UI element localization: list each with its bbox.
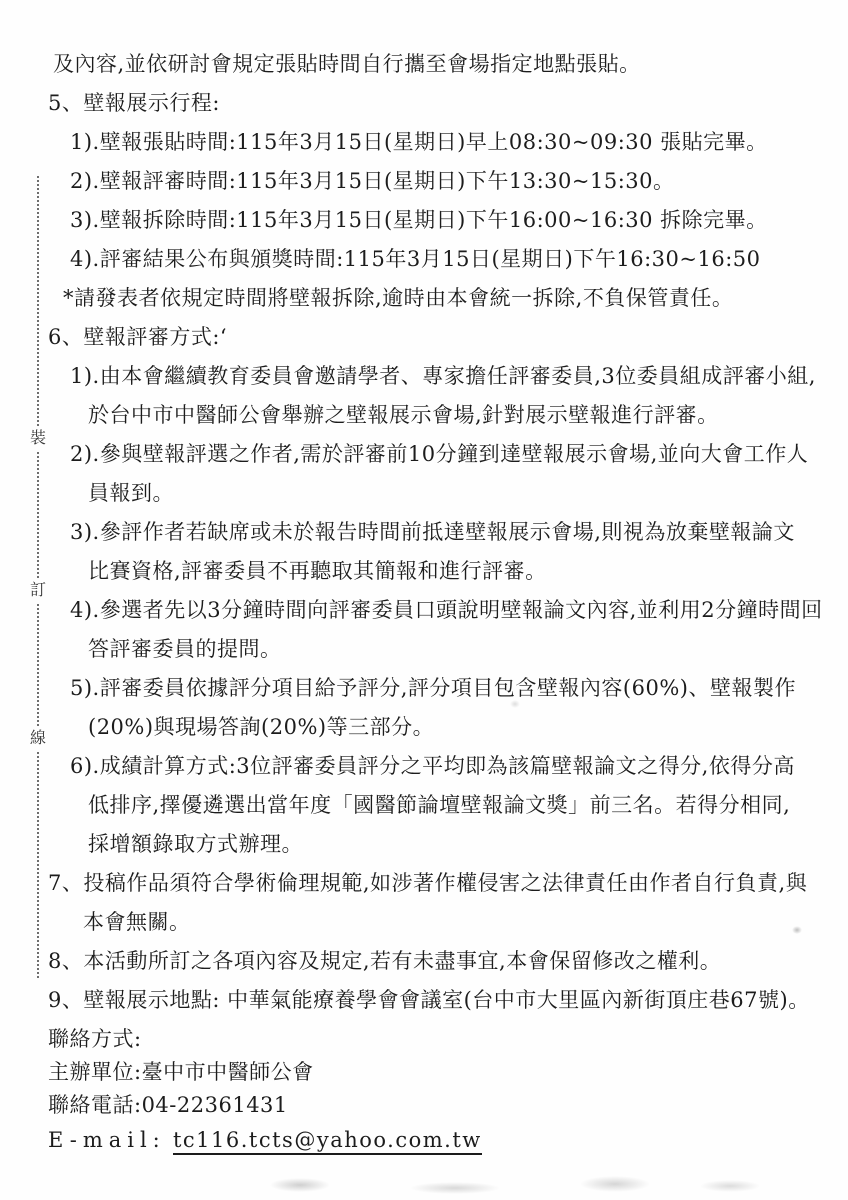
text-line: 答評審委員的提問。 xyxy=(88,639,848,660)
text-line: 8、本活動所訂之各項內容及規定,若有未盡事宜,本會保留修改之權利。 xyxy=(48,951,848,972)
contact-email-row: E-mail: tc116.tcts@yahoo.com.tw xyxy=(48,1130,848,1151)
text-line: 6).成績計算方式:3位評審委員評分之平均即為該篇壁報論文之得分,依得分高 xyxy=(70,756,848,777)
text-line: 低排序,擇優遴選出當年度「國醫節論壇壁報論文獎」前三名。若得分相同, xyxy=(88,795,848,816)
text-line: 員報到。 xyxy=(88,483,848,504)
text-line: 3).參評作者若缺席或未於報告時間前抵達壁報展示會場,則視為放棄壁報論文 xyxy=(70,522,848,543)
text-line: 及內容,並依研討會規定張貼時間自行攜至會場指定地點張貼。 xyxy=(53,54,848,75)
text-line: 1).壁報張貼時間:115年3月15日(星期日)早上08:30~09:30 張貼… xyxy=(70,132,848,153)
text-line: 採增額錄取方式辦理。 xyxy=(88,834,848,855)
scan-artifact xyxy=(792,926,802,934)
text-line: 於台中市中醫師公會舉辦之壁報展示會場,針對展示壁報進行評審。 xyxy=(88,405,848,426)
text-line: 1).由本會繼續教育委員會邀請學者、專家擔任評審委員,3位委員組成評審小組, xyxy=(70,366,848,387)
email-label: E-mail: xyxy=(48,1128,166,1152)
text-line: 4).參選者先以3分鐘時間向評審委員口頭說明壁報論文內容,並利用2分鐘時間回 xyxy=(70,600,848,621)
text-line: *請發表者依規定時間將壁報拆除,逾時由本會統一拆除,不負保管責任。 xyxy=(63,288,848,309)
text-line: 2).參與壁報評選之作者,需於評審前10分鐘到達壁報展示會場,並向大會工作人 xyxy=(70,444,848,465)
document-body: 及內容,並依研討會規定張貼時間自行攜至會場指定地點張貼。5、壁報展示行程:1).… xyxy=(0,54,848,1163)
email-address: tc116.tcts@yahoo.com.tw xyxy=(173,1128,482,1155)
contact-organizer: 主辦單位:臺中市中醫師公會 xyxy=(48,1062,848,1083)
text-line: 4).評審結果公布與頒獎時間:115年3月15日(星期日)下午16:30~16:… xyxy=(70,249,848,270)
text-line: 6、壁報評審方式:‘ xyxy=(48,327,848,348)
text-line: 7、投稿作品須符合學術倫理規範,如涉著作權侵害之法律責任由作者自行負責,與 xyxy=(48,873,848,894)
contact-phone: 聯絡電話:04-22361431 xyxy=(48,1095,848,1116)
text-line: 本會無關。 xyxy=(83,912,848,933)
text-line: 3).壁報拆除時間:115年3月15日(星期日)下午16:00~16:30 拆除… xyxy=(70,210,848,231)
text-line: 5、壁報展示行程: xyxy=(48,93,848,114)
text-line: 比賽資格,評審委員不再聽取其簡報和進行評審。 xyxy=(88,561,848,582)
text-line: (20%)與現場答詢(20%)等三部分。 xyxy=(88,717,848,738)
scan-artifact xyxy=(510,700,520,708)
text-line: 2).壁報評審時間:115年3月15日(星期日)下午13:30~15:30。 xyxy=(70,171,848,192)
text-line: 5).評審委員依據評分項目給予評分,評分項目包含壁報內容(60%)、壁報製作 xyxy=(70,678,848,699)
contact-heading: 聯絡方式: xyxy=(48,1029,848,1050)
body-lines: 及內容,並依研討會規定張貼時間自行攜至會場指定地點張貼。5、壁報展示行程:1).… xyxy=(0,54,848,1011)
document-page: 裝 訂 線 及內容,並依研討會規定張貼時間自行攜至會場指定地點張貼。5、壁報展示… xyxy=(0,0,848,1200)
text-line: 9、壁報展示地點: 中華氣能療養學會會議室(台中市大里區內新街頂庄巷67號)。 xyxy=(48,990,848,1011)
contact-block: 聯絡方式: 主辦單位:臺中市中醫師公會 聯絡電話:04-22361431 E-m… xyxy=(48,1029,848,1151)
